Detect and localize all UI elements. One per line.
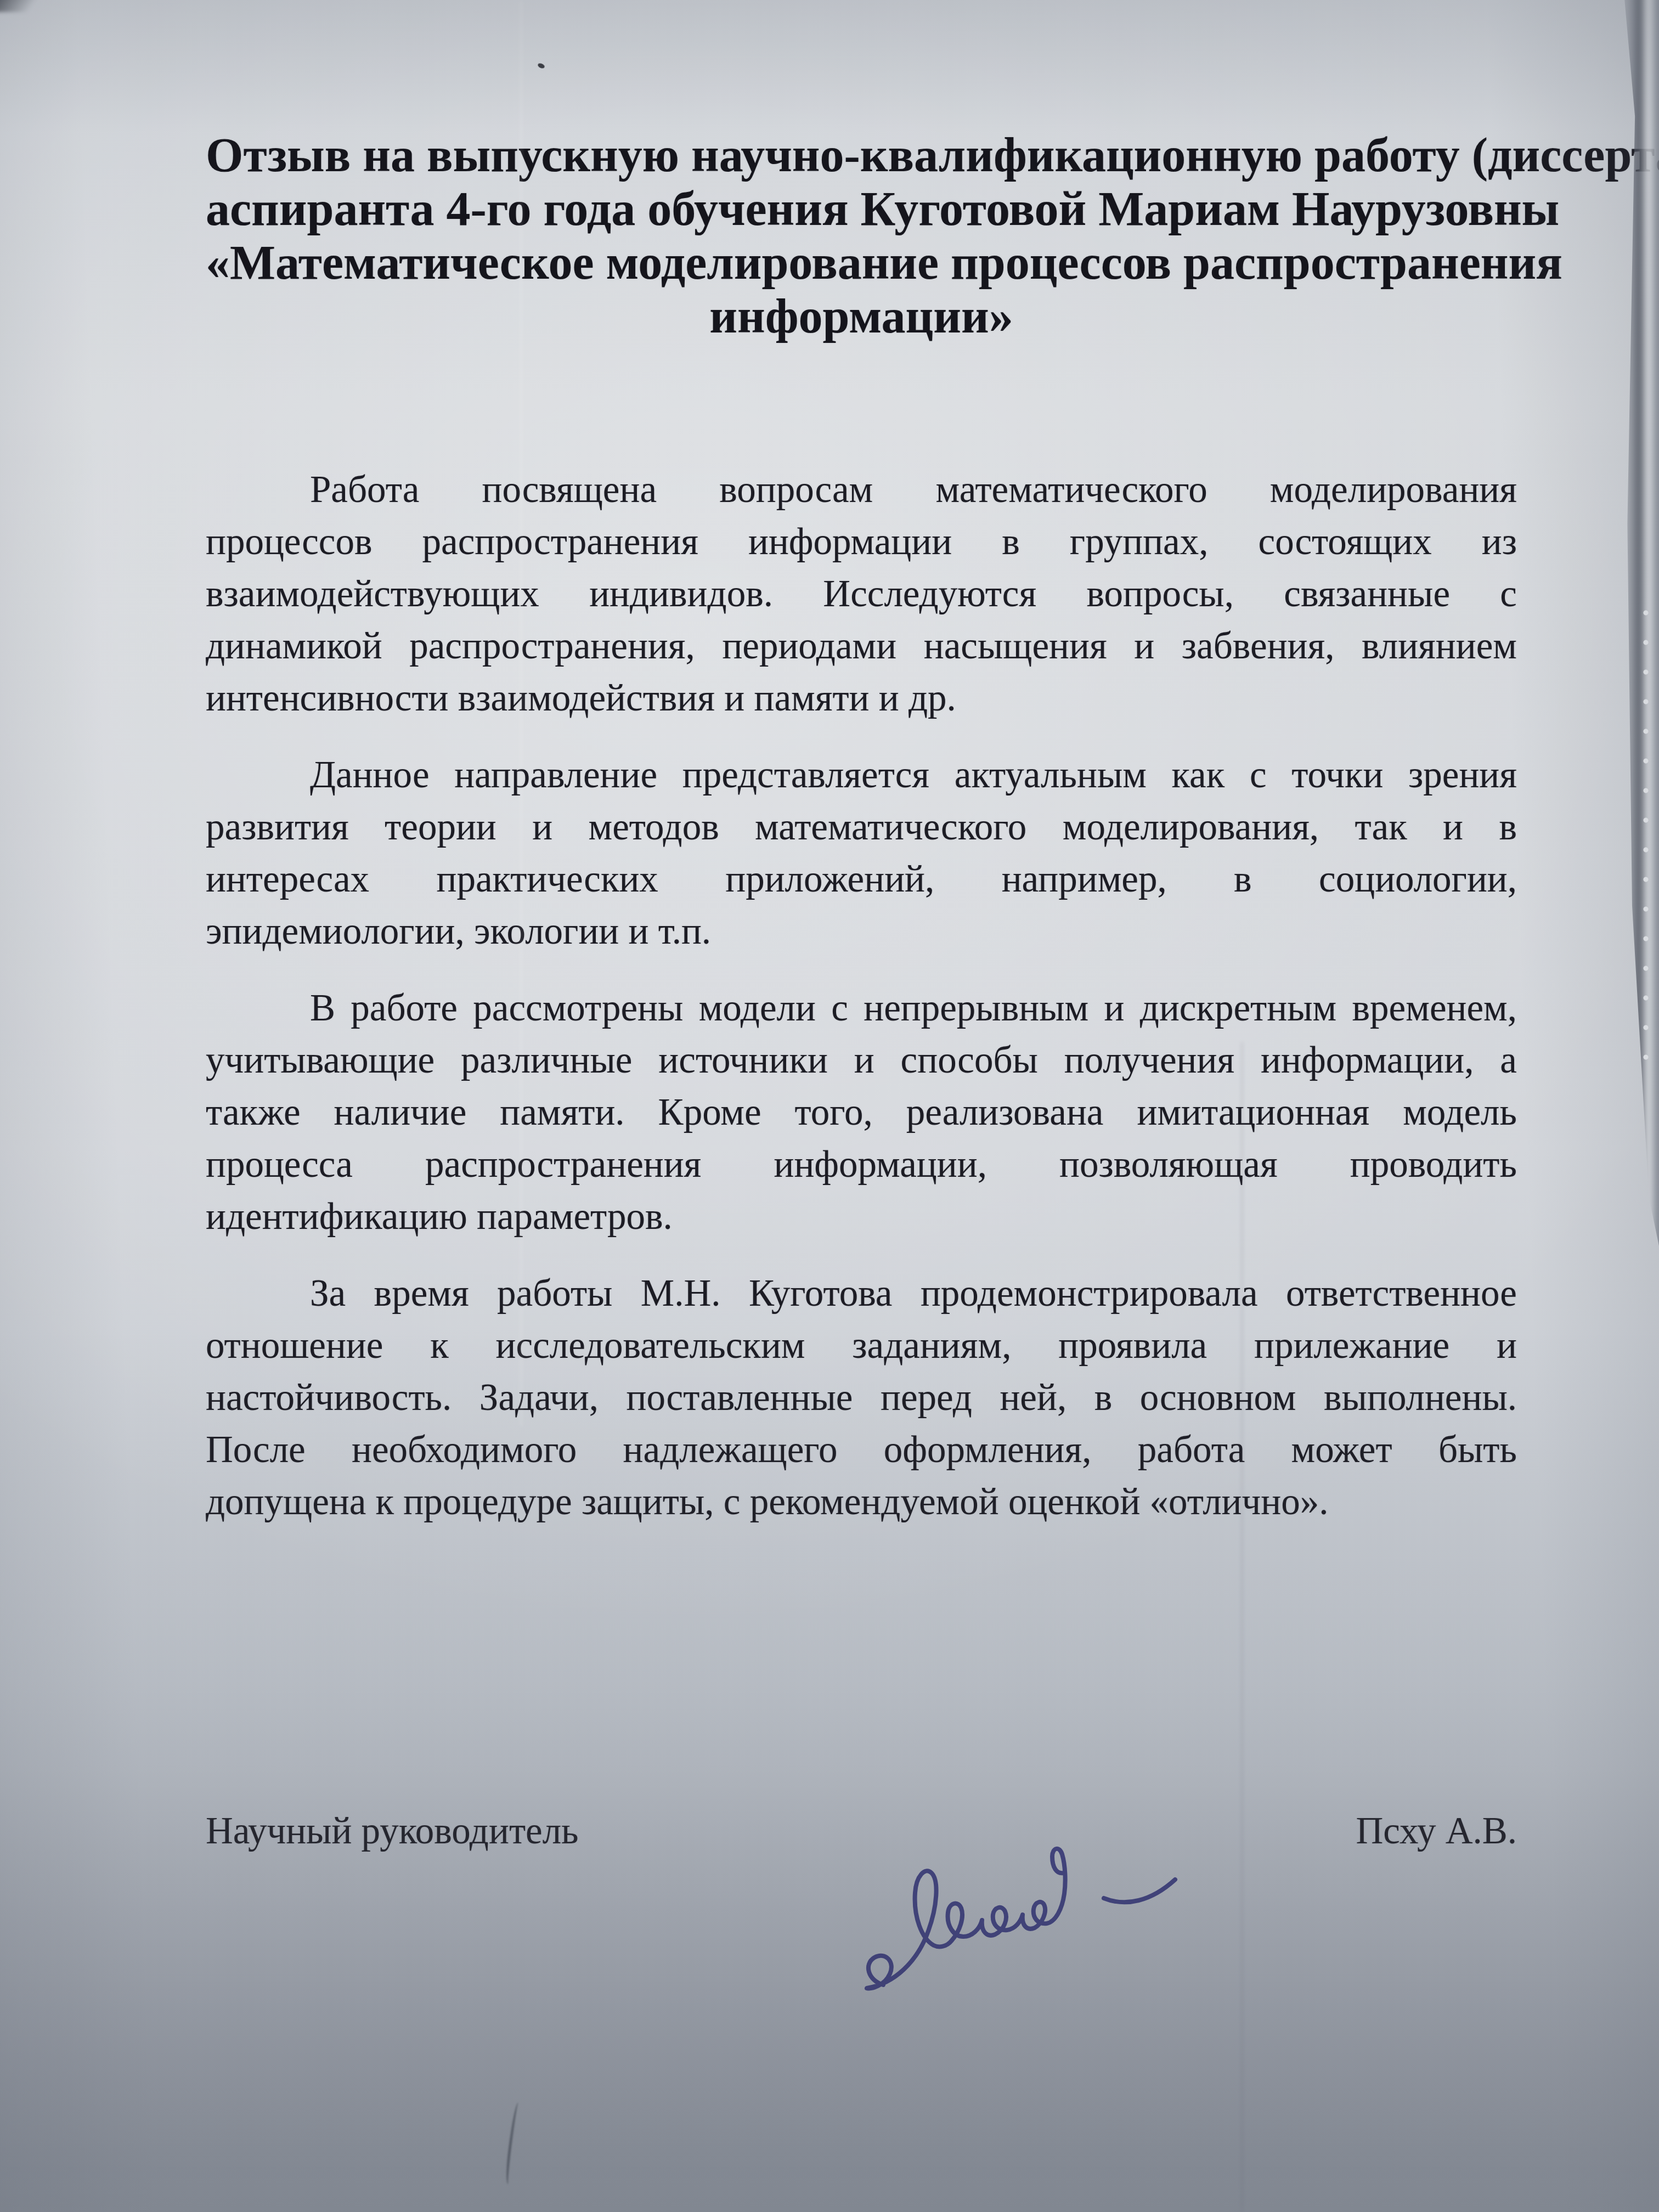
paragraph-line: отношение к исследовательским заданиям, … <box>206 1319 1517 1372</box>
paper-crease-vertical <box>1241 1042 1243 2212</box>
title-line: «Математическое моделирование процессов … <box>206 236 1517 290</box>
signature-block: Научный руководитель Псху А.В. <box>206 1805 1517 1857</box>
paragraph-line: В работе рассмотрены модели с непрерывны… <box>206 982 1517 1034</box>
paragraph-line: Данное направление представляется актуал… <box>206 749 1517 801</box>
paper-crease-vertical <box>520 0 522 1426</box>
document-content: Отзыв на выпускную научно-квалификационн… <box>0 0 1659 1857</box>
paragraph-line: Работа посвящена вопросам математическог… <box>206 464 1517 516</box>
title-line: информации» <box>206 290 1517 344</box>
paragraph-overview: Работа посвящена вопросам математическог… <box>206 464 1517 724</box>
handwritten-signature-icon <box>856 1827 1180 2024</box>
paragraph-line: учитывающие различные источники и способ… <box>206 1034 1517 1086</box>
paper-corner-shadow-top-left <box>0 0 47 12</box>
paragraph-relevance: Данное направление представляется актуал… <box>206 749 1517 957</box>
paragraph-line: эпидемиологии, экологии и т.п. <box>206 905 1517 957</box>
paper-crease-mark-bottom <box>504 2102 522 2185</box>
paragraph-line: настойчивость. Задачи, поставленные пере… <box>206 1372 1517 1424</box>
paragraph-line: После необходимого надлежащего оформлени… <box>206 1424 1517 1476</box>
paragraph-line: процесса распространения информации, поз… <box>206 1138 1517 1190</box>
document-title: Отзыв на выпускную научно-квалификационн… <box>206 129 1517 344</box>
document-photo-page: Отзыв на выпускную научно-квалификационн… <box>0 0 1659 2212</box>
paragraph-line: интенсивности взаимодействия и памяти и … <box>206 672 1517 724</box>
paragraph-line: интересах практических приложений, напри… <box>206 853 1517 905</box>
paragraph-line: также наличие памяти. Кроме того, реализ… <box>206 1086 1517 1138</box>
supervisor-role-label: Научный руководитель <box>206 1805 579 1857</box>
paragraph-line: динамикой распространения, периодами нас… <box>206 620 1517 672</box>
title-line: Отзыв на выпускную научно-квалификационн… <box>206 129 1517 183</box>
paragraph-line: процессов распространения информации в г… <box>206 516 1517 568</box>
paragraph-assessment: За время работы М.Н. Куготова продемонст… <box>206 1267 1517 1528</box>
paragraph-line: За время работы М.Н. Куготова продемонст… <box>206 1267 1517 1319</box>
signer-name: Псху А.В. <box>1356 1805 1517 1857</box>
paper-perforation-dots <box>1643 609 1649 1080</box>
paragraph-line: развития теории и методов математическог… <box>206 801 1517 853</box>
paragraph-line: идентификацию параметров. <box>206 1190 1517 1243</box>
paragraph-line: взаимодействующих индивидов. Исследуются… <box>206 568 1517 620</box>
title-line: аспиранта 4-го года обучения Куготовой М… <box>206 183 1517 236</box>
paragraph-models: В работе рассмотрены модели с непрерывны… <box>206 982 1517 1243</box>
paragraph-line: допущена к процедуре защиты, с рекоменду… <box>206 1476 1517 1528</box>
